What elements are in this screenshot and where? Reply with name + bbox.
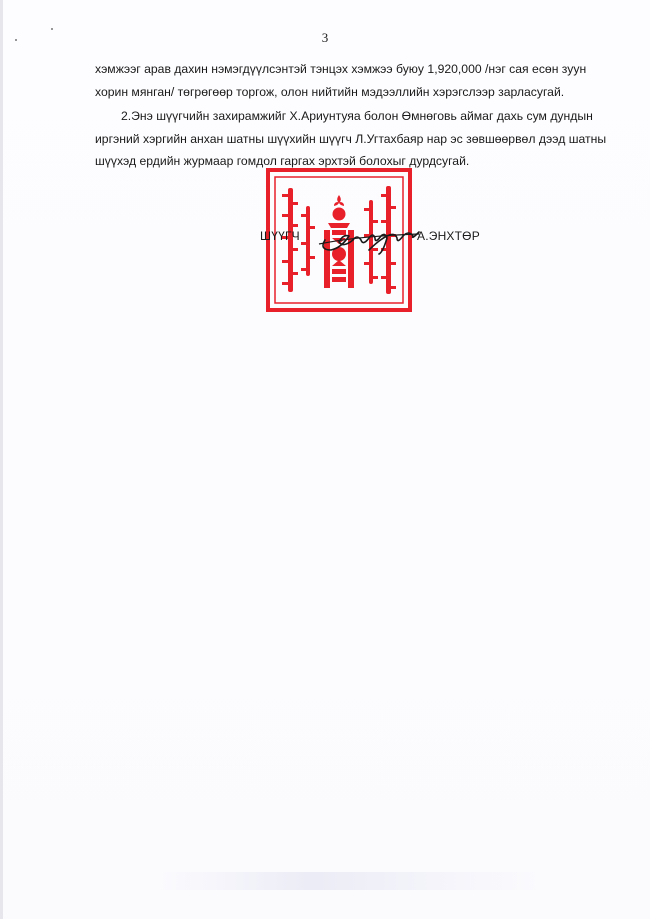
scan-speck [15,39,17,41]
handwritten-signature-icon [317,220,427,256]
scan-artifact [160,872,540,890]
signatory-title: ШҮҮГЧ [260,229,300,243]
paragraph-2: 2.Энэ шүүгчийн захирамжийг Х.Ариунтуяа б… [95,105,571,173]
document-page: 3 хэмжээг арав дахин нэмэгдүүлсэнтэй тэн… [0,0,650,919]
text-line: хорин мянган/ төгрөгөөр торгож, олон ний… [95,81,571,104]
text-line: иргэний хэргийн анхан шатны шүүхийн шүүг… [95,128,571,151]
text-line: хэмжээг арав дахин нэмэгдүүлсэнтэй тэнцэ… [95,58,571,81]
scan-speck [51,28,53,30]
paragraph-1: хэмжээг арав дахин нэмэгдүүлсэнтэй тэнцэ… [95,58,571,103]
scan-edge [0,0,3,919]
text-line: 2.Энэ шүүгчийн захирамжийг Х.Ариунтуяа б… [95,105,571,128]
page-number: 3 [318,30,332,46]
